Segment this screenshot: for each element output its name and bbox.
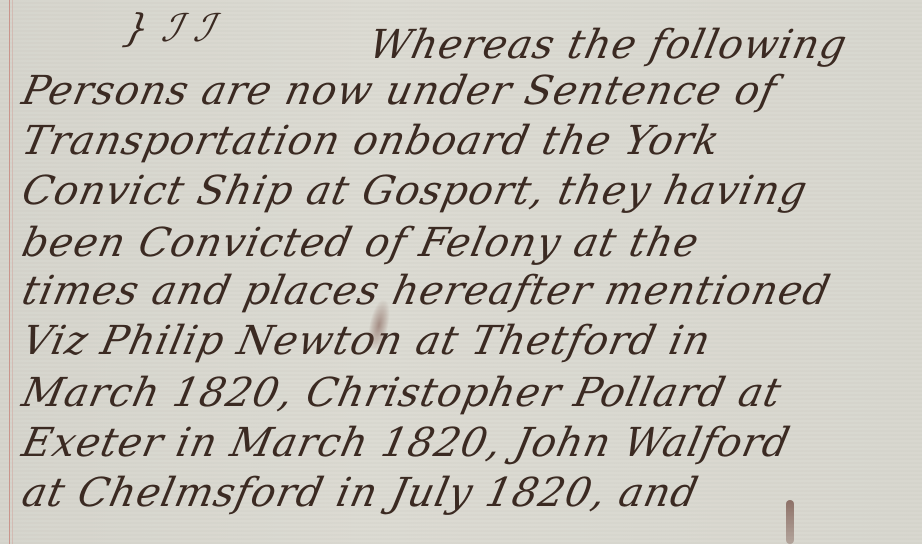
manuscript-line-4: Convict Ship at Gosport, they having (18, 168, 812, 214)
manuscript-line-9: Exeter in March 1820, John Walford (18, 420, 794, 466)
manuscript-line-10: at Chelmsford in July 1820, and (18, 470, 703, 516)
manuscript-line-2: Persons are now under Sentence of (18, 68, 781, 114)
manuscript-line-6: times and places hereafter mentioned (18, 268, 835, 314)
manuscript-line-3: Transportation onboard the York (18, 118, 724, 164)
margin-rule (9, 0, 10, 544)
margin-rule-secondary (12, 0, 13, 544)
manuscript-line-1: Whereas the following (365, 22, 851, 68)
manuscript-page: } ℐ ℐ Whereas the following Persons are … (0, 0, 922, 544)
manuscript-line-8: March 1820, Christopher Pollard at (18, 370, 786, 416)
heading-marks: } ℐ ℐ (120, 6, 218, 50)
manuscript-line-5: been Convicted of Felony at the (18, 220, 703, 266)
ink-drip (786, 500, 794, 544)
